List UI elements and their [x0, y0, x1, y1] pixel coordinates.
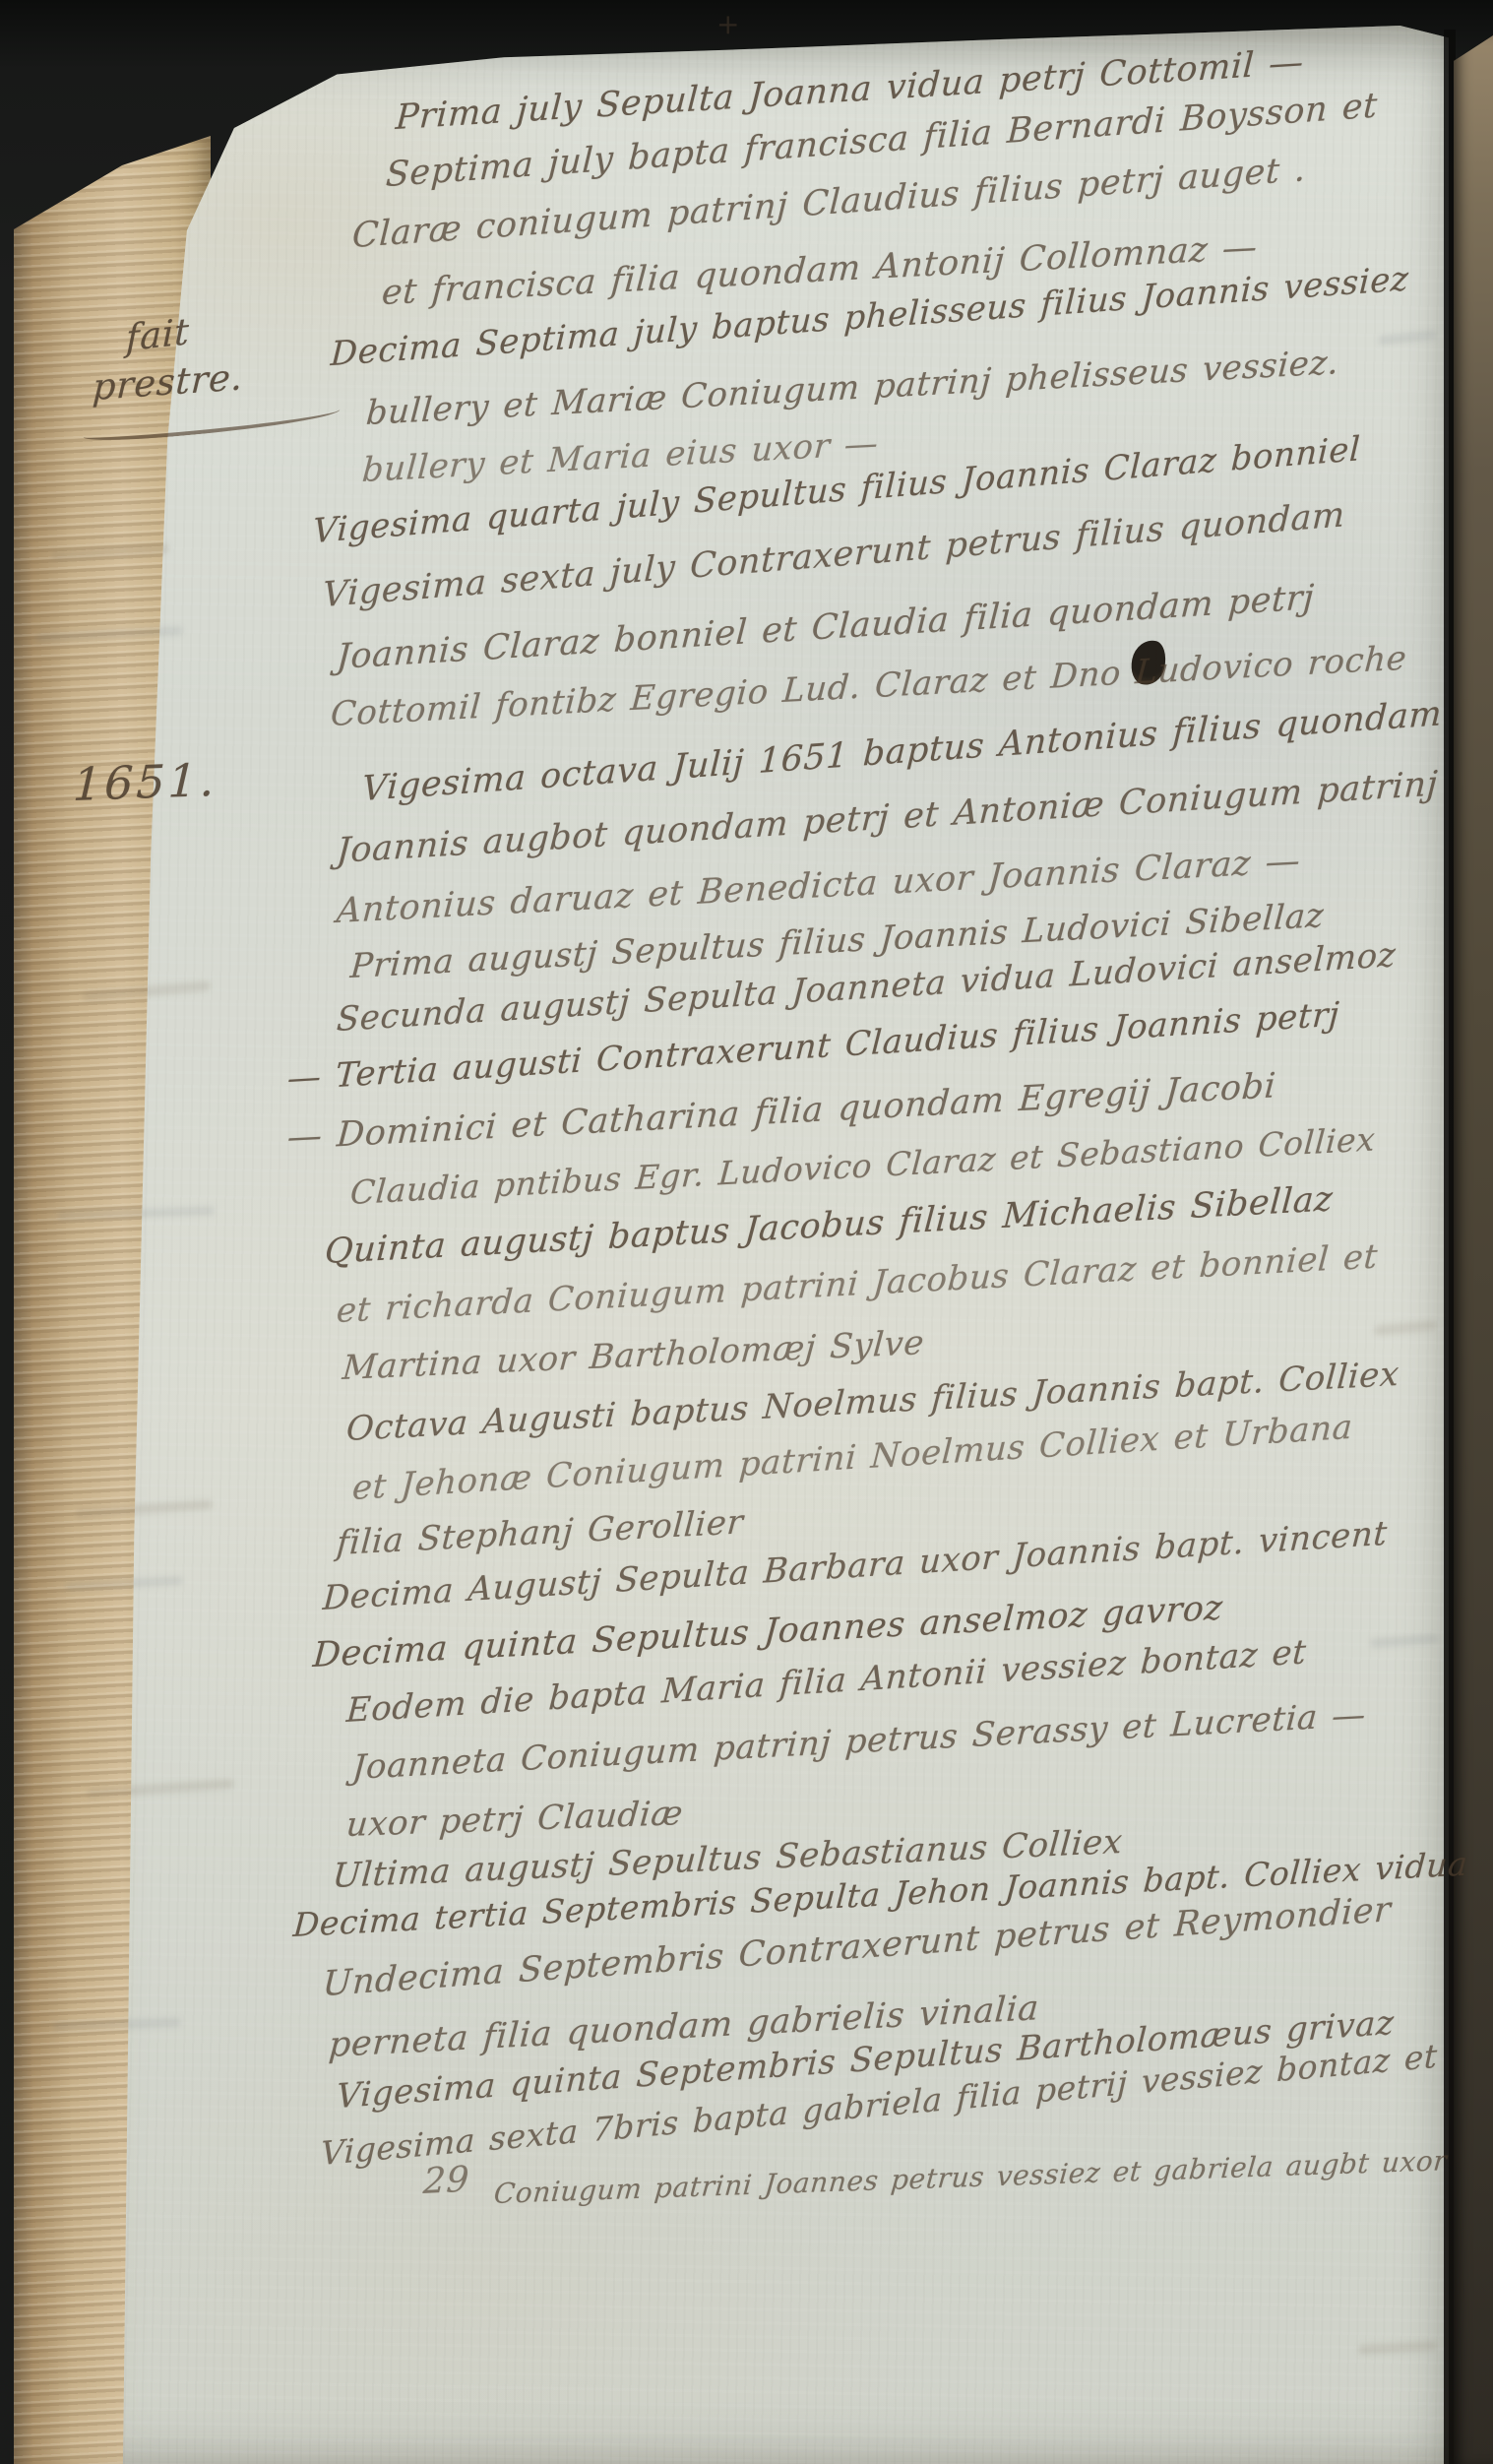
manuscript-line-22: Martina uxor Bartholomæj Sylve	[341, 1323, 925, 1388]
manuscript-line-25: filia Stephanj Gerollier	[336, 1502, 745, 1563]
photograph-backdrop: + fait prestre. 1651. 29 Prima july Sepu…	[0, 0, 1493, 2464]
manuscript-line-37: Coniugum patrini Joannes petrus vessiez …	[493, 2144, 1449, 2210]
manuscript-line-30: uxor petrj Claudiæ	[344, 1794, 685, 1845]
text-layer: Prima july Sepulta Joanna vidua petrj Co…	[0, 0, 1493, 2464]
